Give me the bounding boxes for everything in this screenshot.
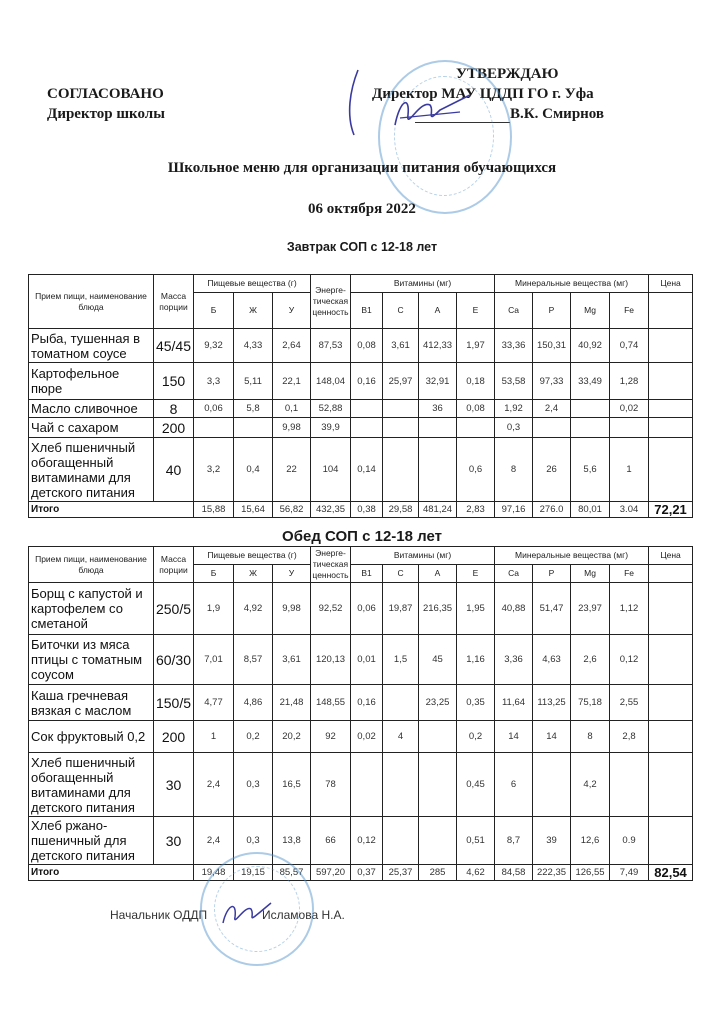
table-row: Чай с сахаром2009,9839,90,3 xyxy=(29,418,693,438)
total-value: 222,35 xyxy=(533,865,571,881)
dish-value: 4,77 xyxy=(194,685,234,721)
col-subheader: Fe xyxy=(610,565,649,583)
footer-role: Начальник ОДДП xyxy=(110,908,207,922)
dish-value xyxy=(457,418,495,438)
dish-value xyxy=(571,418,610,438)
dish-value xyxy=(649,418,693,438)
dish-value: 0,14 xyxy=(351,438,383,502)
total-value: 276.0 xyxy=(533,502,571,518)
col-header-meal: Прием пищи, наименование блюда xyxy=(29,275,154,329)
dish-value: 9,98 xyxy=(273,418,311,438)
col-subheader: C xyxy=(383,565,419,583)
col-header-nutrients: Пищевые вещества (г) xyxy=(194,275,311,293)
dish-value: 14 xyxy=(533,721,571,753)
table-row: Борщ с капустой и картофелем со сметаной… xyxy=(29,583,693,635)
dish-value xyxy=(649,685,693,721)
total-value: 25,37 xyxy=(383,865,419,881)
document-title: Школьное меню для организации питания об… xyxy=(0,160,724,177)
dish-value xyxy=(383,418,419,438)
dish-value: 23,25 xyxy=(419,685,457,721)
col-subheader: Fe xyxy=(610,293,649,329)
dish-value: 150,31 xyxy=(533,329,571,363)
col-header-energy: Энерге-тическая ценность xyxy=(311,275,351,329)
col-subheader-price-empty xyxy=(649,293,693,329)
dish-value: 1,9 xyxy=(194,583,234,635)
col-header-minerals: Минеральные вещества (мг) xyxy=(495,547,649,565)
dish-value: 52,88 xyxy=(311,400,351,418)
dish-value: 0,45 xyxy=(457,753,495,817)
dish-name: Хлеб пшеничный обогащенный витаминами дл… xyxy=(29,753,154,817)
dish-value: 92 xyxy=(311,721,351,753)
dish-value: 2,4 xyxy=(194,817,234,865)
dish-value: 3,3 xyxy=(194,363,234,400)
total-value: 481,24 xyxy=(419,502,457,518)
dish-mass: 150/5 xyxy=(154,685,194,721)
dish-value: 1 xyxy=(194,721,234,753)
table-row: Сок фруктовый 0,220010,220,2920,0240,214… xyxy=(29,721,693,753)
dish-value: 12,6 xyxy=(571,817,610,865)
dish-value: 3,61 xyxy=(273,635,311,685)
dish-value: 0,08 xyxy=(351,329,383,363)
col-subheader: Ж xyxy=(234,293,273,329)
dish-value: 1 xyxy=(610,438,649,502)
dish-mass: 60/30 xyxy=(154,635,194,685)
dish-value: 8,57 xyxy=(234,635,273,685)
dish-value: 1,12 xyxy=(610,583,649,635)
dish-mass: 8 xyxy=(154,400,194,418)
dish-value: 104 xyxy=(311,438,351,502)
dish-value xyxy=(649,438,693,502)
dish-value xyxy=(649,400,693,418)
dish-value: 148,55 xyxy=(311,685,351,721)
table-row: Картофельное пюре1503,35,1122,1148,040,1… xyxy=(29,363,693,400)
dish-value: 0,18 xyxy=(457,363,495,400)
dish-value: 0,4 xyxy=(234,438,273,502)
dish-name: Картофельное пюре xyxy=(29,363,154,400)
dish-value: 0,35 xyxy=(457,685,495,721)
dish-mass: 250/5 xyxy=(154,583,194,635)
dish-value: 4 xyxy=(383,721,419,753)
dish-mass: 200 xyxy=(154,721,194,753)
dish-value: 9,98 xyxy=(273,583,311,635)
dish-value xyxy=(383,438,419,502)
dish-value: 5,8 xyxy=(234,400,273,418)
dish-name: Борщ с капустой и картофелем со сметаной xyxy=(29,583,154,635)
col-header-mass: Масса порции xyxy=(154,275,194,329)
total-value: 97,16 xyxy=(495,502,533,518)
col-subheader: Б xyxy=(194,293,234,329)
dish-value: 120,13 xyxy=(311,635,351,685)
col-subheader: A xyxy=(419,565,457,583)
dish-value xyxy=(419,817,457,865)
dish-value xyxy=(194,418,234,438)
breakfast-table: Прием пищи, наименование блюдаМасса порц… xyxy=(28,274,693,518)
dish-value: 0,51 xyxy=(457,817,495,865)
dish-value: 75,18 xyxy=(571,685,610,721)
dish-value: 8 xyxy=(495,438,533,502)
col-subheader: Ca xyxy=(495,565,533,583)
col-subheader: P xyxy=(533,565,571,583)
dish-value: 2,64 xyxy=(273,329,311,363)
dish-value: 7,01 xyxy=(194,635,234,685)
dish-value: 113,25 xyxy=(533,685,571,721)
dish-value: 6 xyxy=(495,753,533,817)
header-row: Прием пищи, наименование блюдаМасса порц… xyxy=(29,547,693,565)
dish-value: 216,35 xyxy=(419,583,457,635)
col-header-minerals: Минеральные вещества (мг) xyxy=(495,275,649,293)
dish-value: 0,02 xyxy=(351,721,383,753)
dish-value xyxy=(649,817,693,865)
dish-value: 1,97 xyxy=(457,329,495,363)
dish-value: 0,2 xyxy=(457,721,495,753)
dish-value: 0,12 xyxy=(610,635,649,685)
dish-value: 53,58 xyxy=(495,363,533,400)
dish-value: 5,6 xyxy=(571,438,610,502)
dish-value: 1,5 xyxy=(383,635,419,685)
dish-value: 14 xyxy=(495,721,533,753)
signature-icon xyxy=(340,60,480,140)
footer-signature-icon xyxy=(215,895,275,930)
dish-name: Чай с сахаром xyxy=(29,418,154,438)
total-value: 2,83 xyxy=(457,502,495,518)
dish-value: 23,97 xyxy=(571,583,610,635)
dish-mass: 40 xyxy=(154,438,194,502)
dish-value: 40,92 xyxy=(571,329,610,363)
dish-value: 1,16 xyxy=(457,635,495,685)
dish-value: 4,86 xyxy=(234,685,273,721)
total-value: 597,20 xyxy=(311,865,351,881)
dish-value: 1,28 xyxy=(610,363,649,400)
dish-value xyxy=(234,418,273,438)
total-value: 80,01 xyxy=(571,502,610,518)
dish-value: 1,92 xyxy=(495,400,533,418)
dish-mass: 30 xyxy=(154,817,194,865)
dish-value: 2,8 xyxy=(610,721,649,753)
dish-mass: 30 xyxy=(154,753,194,817)
dish-value xyxy=(533,418,571,438)
total-label: Итого xyxy=(29,865,194,881)
dish-value: 33,36 xyxy=(495,329,533,363)
dish-mass: 45/45 xyxy=(154,329,194,363)
total-price: 72,21 xyxy=(649,502,693,518)
dish-value: 92,52 xyxy=(311,583,351,635)
dish-value xyxy=(419,753,457,817)
col-header-price: Цена xyxy=(649,275,693,293)
dish-value xyxy=(649,721,693,753)
total-value: 29,58 xyxy=(383,502,419,518)
dish-value: 32,91 xyxy=(419,363,457,400)
dish-value xyxy=(419,721,457,753)
dish-value xyxy=(351,418,383,438)
dish-value: 0.9 xyxy=(610,817,649,865)
total-value: 15,64 xyxy=(234,502,273,518)
dish-value: 5,11 xyxy=(234,363,273,400)
dish-value: 0,02 xyxy=(610,400,649,418)
agreed-title: СОГЛАСОВАНО xyxy=(47,86,164,103)
dish-value: 2,55 xyxy=(610,685,649,721)
col-header-vitamins: Витамины (мг) xyxy=(351,275,495,293)
total-value: 0,37 xyxy=(351,865,383,881)
dish-value: 0,6 xyxy=(457,438,495,502)
dish-value xyxy=(610,753,649,817)
dish-value xyxy=(351,753,383,817)
total-value: 285 xyxy=(419,865,457,881)
dish-value xyxy=(649,753,693,817)
dish-value: 40,88 xyxy=(495,583,533,635)
dish-value: 0,06 xyxy=(351,583,383,635)
total-price: 82,54 xyxy=(649,865,693,881)
col-subheader: E xyxy=(457,565,495,583)
col-subheader: Б xyxy=(194,565,234,583)
col-subheader: У xyxy=(273,293,311,329)
dish-value: 33,49 xyxy=(571,363,610,400)
dish-value: 0,3 xyxy=(495,418,533,438)
approve-name: В.К. Смирнов xyxy=(510,106,604,123)
dish-value: 0,16 xyxy=(351,363,383,400)
dish-value: 26 xyxy=(533,438,571,502)
dish-name: Каша гречневая вязкая с маслом xyxy=(29,685,154,721)
lunch-table: Прием пищи, наименование блюдаМасса порц… xyxy=(28,546,693,881)
dish-mass: 200 xyxy=(154,418,194,438)
dish-value: 2,4 xyxy=(533,400,571,418)
dish-value xyxy=(649,583,693,635)
dish-value: 412,33 xyxy=(419,329,457,363)
dish-value xyxy=(351,400,383,418)
dish-value: 4,92 xyxy=(234,583,273,635)
total-row: Итого19,4819,1585,57597,200,3725,372854,… xyxy=(29,865,693,881)
header-row: Прием пищи, наименование блюдаМасса порц… xyxy=(29,275,693,293)
dish-value: 4,33 xyxy=(234,329,273,363)
table-row: Биточки из мяса птицы с томатным соусом6… xyxy=(29,635,693,685)
total-value: 7,49 xyxy=(610,865,649,881)
dish-value: 66 xyxy=(311,817,351,865)
dish-value: 0,74 xyxy=(610,329,649,363)
dish-value: 1,95 xyxy=(457,583,495,635)
dish-name: Хлеб пшеничный обогащенный витаминами дл… xyxy=(29,438,154,502)
dish-value: 3,36 xyxy=(495,635,533,685)
dish-value xyxy=(649,635,693,685)
dish-value xyxy=(649,363,693,400)
col-header-energy: Энерге-тическая ценность xyxy=(311,547,351,583)
col-subheader-price-empty xyxy=(649,565,693,583)
dish-value: 9,32 xyxy=(194,329,234,363)
dish-value xyxy=(419,438,457,502)
dish-value: 39 xyxy=(533,817,571,865)
col-header-nutrients: Пищевые вещества (г) xyxy=(194,547,311,565)
dish-value: 36 xyxy=(419,400,457,418)
total-value: 0,38 xyxy=(351,502,383,518)
col-subheader: У xyxy=(273,565,311,583)
dish-value: 4,63 xyxy=(533,635,571,685)
breakfast-title: Завтрак СОП с 12-18 лет xyxy=(0,240,724,254)
dish-value xyxy=(419,418,457,438)
dish-value: 51,47 xyxy=(533,583,571,635)
dish-value: 87,53 xyxy=(311,329,351,363)
total-value: 84,58 xyxy=(495,865,533,881)
dish-value: 4,2 xyxy=(571,753,610,817)
total-value: 126,55 xyxy=(571,865,610,881)
col-subheader: P xyxy=(533,293,571,329)
table-row: Хлеб ржано-пшеничный для детского питани… xyxy=(29,817,693,865)
document-date: 06 октября 2022 xyxy=(0,201,724,218)
dish-value: 0,1 xyxy=(273,400,311,418)
col-subheader: B1 xyxy=(351,565,383,583)
col-subheader: Ж xyxy=(234,565,273,583)
dish-value: 22,1 xyxy=(273,363,311,400)
table-row: Рыба, тушенная в томатном соусе45/459,32… xyxy=(29,329,693,363)
dish-value: 8 xyxy=(571,721,610,753)
dish-value: 0,16 xyxy=(351,685,383,721)
col-subheader: E xyxy=(457,293,495,329)
dish-value xyxy=(383,685,419,721)
col-subheader: B1 xyxy=(351,293,383,329)
dish-value: 19,87 xyxy=(383,583,419,635)
dish-value: 148,04 xyxy=(311,363,351,400)
dish-value: 22 xyxy=(273,438,311,502)
dish-value xyxy=(383,817,419,865)
table-row: Хлеб пшеничный обогащенный витаминами дл… xyxy=(29,438,693,502)
dish-value: 16,5 xyxy=(273,753,311,817)
dish-value: 21,48 xyxy=(273,685,311,721)
dish-value: 39,9 xyxy=(311,418,351,438)
dish-value: 20,2 xyxy=(273,721,311,753)
dish-value: 0,01 xyxy=(351,635,383,685)
col-subheader: A xyxy=(419,293,457,329)
dish-value: 0,2 xyxy=(234,721,273,753)
dish-value: 11,64 xyxy=(495,685,533,721)
col-header-mass: Масса порции xyxy=(154,547,194,583)
dish-name: Рыба, тушенная в томатном соусе xyxy=(29,329,154,363)
total-value: 4,62 xyxy=(457,865,495,881)
dish-value: 97,33 xyxy=(533,363,571,400)
dish-name: Биточки из мяса птицы с томатным соусом xyxy=(29,635,154,685)
col-header-vitamins: Витамины (мг) xyxy=(351,547,495,565)
total-value: 15,88 xyxy=(194,502,234,518)
table-row: Хлеб пшеничный обогащенный витаминами дл… xyxy=(29,753,693,817)
dish-value: 25,97 xyxy=(383,363,419,400)
col-subheader: C xyxy=(383,293,419,329)
dish-value: 2,4 xyxy=(194,753,234,817)
dish-value: 78 xyxy=(311,753,351,817)
dish-value: 3,61 xyxy=(383,329,419,363)
col-subheader: Ca xyxy=(495,293,533,329)
total-row: Итого15,8815,6456,82432,350,3829,58481,2… xyxy=(29,502,693,518)
dish-name: Масло сливочное xyxy=(29,400,154,418)
dish-mass: 150 xyxy=(154,363,194,400)
col-header-meal: Прием пищи, наименование блюда xyxy=(29,547,154,583)
dish-value: 0,06 xyxy=(194,400,234,418)
dish-value: 2,6 xyxy=(571,635,610,685)
lunch-title: Обед СОП с 12-18 лет xyxy=(0,528,724,545)
dish-value xyxy=(610,418,649,438)
dish-value: 8,7 xyxy=(495,817,533,865)
total-value: 56,82 xyxy=(273,502,311,518)
dish-value: 0,12 xyxy=(351,817,383,865)
dish-value xyxy=(383,753,419,817)
table-row: Каша гречневая вязкая с маслом150/54,774… xyxy=(29,685,693,721)
total-label: Итого xyxy=(29,502,194,518)
dish-name: Хлеб ржано-пшеничный для детского питани… xyxy=(29,817,154,865)
total-value: 3.04 xyxy=(610,502,649,518)
dish-value xyxy=(649,329,693,363)
col-header-price: Цена xyxy=(649,547,693,565)
col-subheader: Mg xyxy=(571,293,610,329)
col-subheader: Mg xyxy=(571,565,610,583)
table-row: Масло сливочное80,065,80,152,88360,081,9… xyxy=(29,400,693,418)
total-value: 432,35 xyxy=(311,502,351,518)
dish-value: 0,08 xyxy=(457,400,495,418)
dish-value: 3,2 xyxy=(194,438,234,502)
dish-value: 45 xyxy=(419,635,457,685)
dish-value: 0,3 xyxy=(234,753,273,817)
dish-value xyxy=(533,753,571,817)
dish-name: Сок фруктовый 0,2 xyxy=(29,721,154,753)
dish-value xyxy=(383,400,419,418)
dish-value xyxy=(571,400,610,418)
agreed-role: Директор школы xyxy=(47,106,165,123)
